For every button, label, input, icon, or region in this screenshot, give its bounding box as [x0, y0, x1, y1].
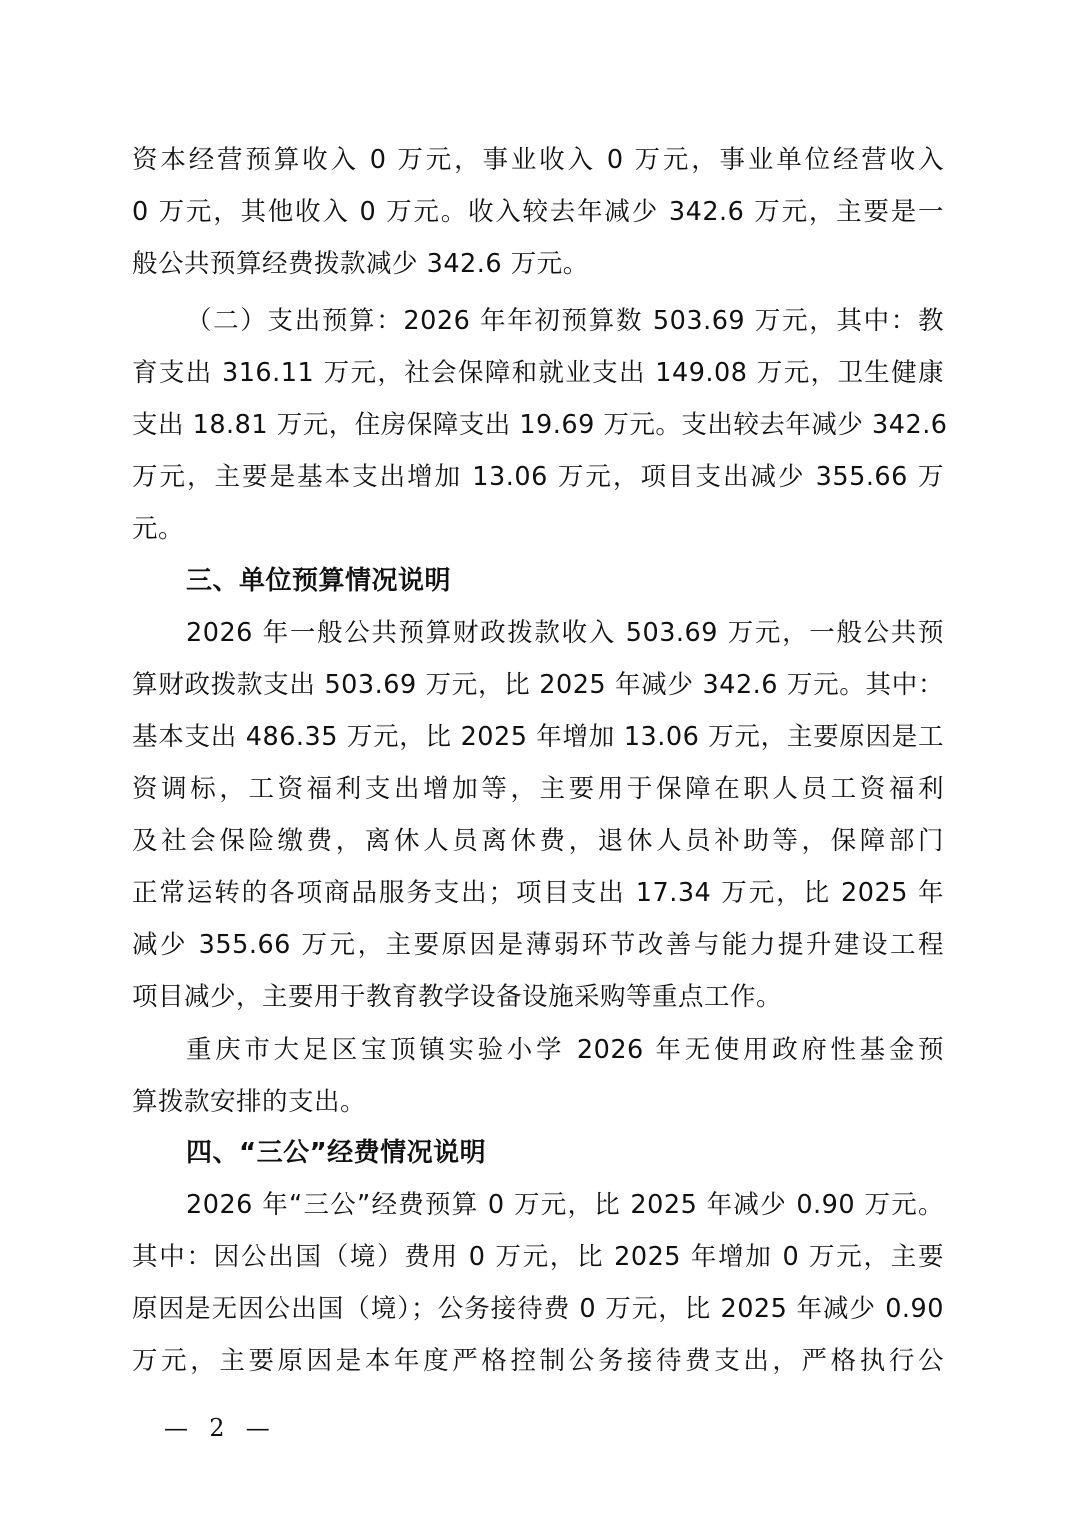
text-line: 基本支出 486.35 万元，比 2025 年增加 13.06 万元，主要原因是… [132, 720, 944, 754]
text-line: 2026 年一般公共预算财政拨款收入 503.69 万元，一般公共预 [186, 616, 944, 650]
text-line: 支出 18.81 万元，住房保障支出 19.69 万元。支出较去年减少 342.… [132, 408, 944, 442]
text-line: 原因是无因公出国（境）；公务接待费 0 万元，比 2025 年减少 0.90 [132, 1292, 944, 1326]
text-line: 0 万元，其他收入 0 万元。收入较去年减少 342.6 万元，主要是一 [132, 195, 944, 229]
text-line: 其中：因公出国（境）费用 0 万元，比 2025 年增加 0 万元，主要 [132, 1240, 944, 1274]
section-heading-unit-budget: 三、单位预算情况说明 [186, 564, 451, 598]
document-page: 资本经营预算收入 0 万元，事业收入 0 万元，事业单位经营收入 0 万元，其他… [0, 0, 1074, 1520]
text-line: 万元，主要是基本支出增加 13.06 万元，项目支出减少 355.66 万 [132, 460, 944, 494]
text-line: 2026 年“三公”经费预算 0 万元，比 2025 年减少 0.90 万元。 [186, 1188, 944, 1222]
text-line: 正常运转的各项商品服务支出；项目支出 17.34 万元，比 2025 年 [132, 876, 944, 910]
text-line: 减少 355.66 万元，主要原因是薄弱环节改善与能力提升建设工程 [132, 928, 944, 962]
text-line: 资本经营预算收入 0 万元，事业收入 0 万元，事业单位经营收入 [132, 143, 944, 177]
page-number: — 2 — [164, 1413, 272, 1443]
text-line: 万元，主要原因是本年度严格控制公务接待费支出，严格执行公 [132, 1344, 944, 1378]
text-line: 育支出 316.11 万元，社会保障和就业支出 149.08 万元，卫生健康 [132, 356, 944, 390]
text-line: （二）支出预算：2026 年年初预算数 503.69 万元，其中：教 [186, 304, 944, 338]
text-line: 般公共预算经费拨款减少 342.6 万元。 [132, 247, 944, 281]
text-line: 项目减少，主要用于教育教学设备设施采购等重点工作。 [132, 980, 944, 1014]
text-line: 元。 [132, 512, 944, 546]
text-line: 资调标，工资福利支出增加等，主要用于保障在职人员工资福利 [132, 772, 944, 806]
text-line: 算拨款安排的支出。 [132, 1085, 944, 1119]
text-line: 算财政拨款支出 503.69 万元，比 2025 年减少 342.6 万元。其中… [132, 668, 944, 702]
text-line: 重庆市大足区宝顶镇实验小学 2026 年无使用政府性基金预 [186, 1033, 944, 1067]
section-heading-three-public-expenses: 四、“三公”经费情况说明 [186, 1136, 486, 1170]
text-line: 及社会保险缴费，离休人员离休费，退休人员补助等，保障部门 [132, 824, 944, 858]
